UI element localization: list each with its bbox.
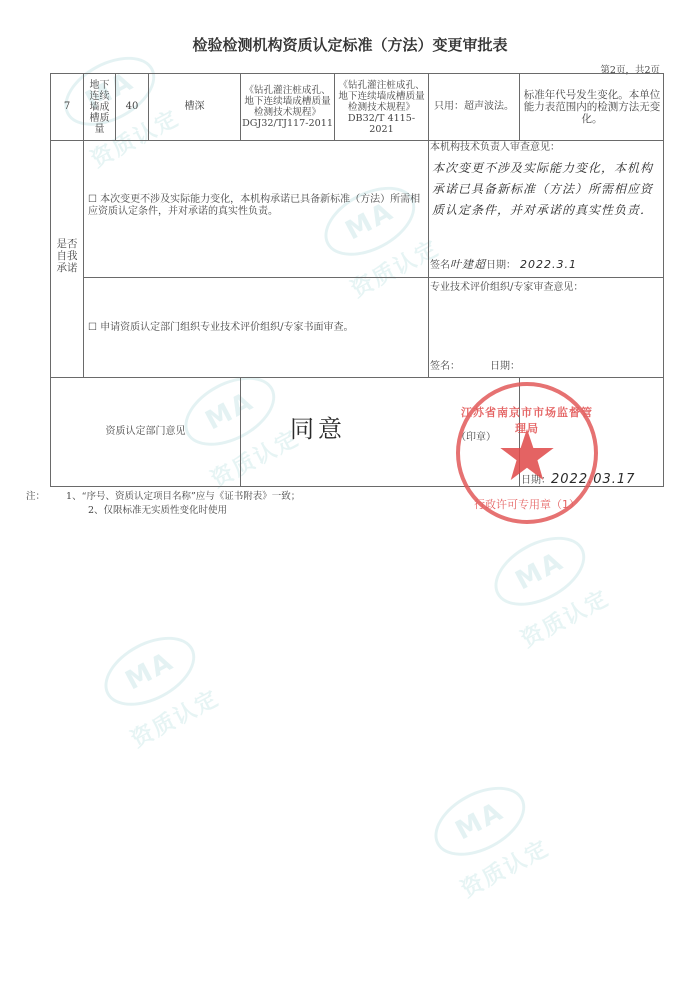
date-label: 日期： xyxy=(486,260,516,271)
seq-cell: 7 xyxy=(51,74,83,140)
tech-lead-signature: 叶建超 xyxy=(450,258,486,271)
official-seal: 江苏省南京市市场监督管理局 行政许可专用章（1） xyxy=(456,382,598,524)
row-divider xyxy=(50,140,664,141)
row-divider xyxy=(83,277,664,278)
self-commitment-label: 是否自我承诺 xyxy=(54,238,80,274)
sign-label: 签名 xyxy=(430,260,450,271)
tech-lead-date: 2022.3.1 xyxy=(520,258,577,271)
tech-lead-opinion-label: 本机构技术负责人审查意见： xyxy=(430,142,560,154)
checkbox-option-1[interactable]: ☐ xyxy=(88,194,100,205)
tech-lead-sign-row: 签名叶建超日期：2022.3.1 xyxy=(430,259,577,272)
table-border-right xyxy=(663,73,664,487)
expert-date-label: 日期： xyxy=(490,361,520,372)
department-opinion-label: 资质认定部门意见 xyxy=(51,378,240,486)
expert-sign-row: 签名：日期： xyxy=(430,361,520,373)
col-divider xyxy=(240,377,241,486)
param-name-cell: 槽深 xyxy=(149,74,240,140)
tech-lead-handwritten-opinion: 本次变更不涉及实际能力变化，本机构承诺已具备新标准（方法）所需相应资质认定条件，… xyxy=(432,158,660,221)
project-name-cell: 地下连续墙成槽质量 xyxy=(86,74,113,140)
watermark-ma: MA 资质认定 xyxy=(93,623,225,755)
new-standard-cell: 《钻孔灌注桩成孔、地下连续墙成槽质量检测技术规程》DB32/T 4115-202… xyxy=(336,74,427,140)
watermark-ma: MA 资质认定 xyxy=(423,773,555,905)
remark-cell: 标准年代号发生变化。本单位能力表范围内的检测方法无变化。 xyxy=(523,74,661,140)
note-line-2: 2、仅限标准无实质性变化时使用 xyxy=(26,504,300,518)
col-divider xyxy=(83,73,84,377)
note-prefix: 注： xyxy=(26,491,45,502)
col-divider xyxy=(240,73,241,140)
note-item: 2、仅限标准无实质性变化时使用 xyxy=(88,505,227,516)
watermark-ma: MA 资质认定 xyxy=(313,173,445,305)
expert-sign-label: 签名： xyxy=(430,361,460,372)
old-standard-cell: 《钻孔灌注桩成孔、地下连续墙成槽质量检测技术规程》DGJ32/TJ117-201… xyxy=(242,74,333,140)
checkbox-option-2[interactable]: ☐ xyxy=(88,322,100,333)
seal-subtext: 行政许可专用章（1） xyxy=(460,496,594,512)
watermark-ma: MA 资质认定 xyxy=(483,523,615,655)
expert-opinion-label: 专业技术评价组织/专家审查意见： xyxy=(430,282,583,294)
note-line-1: 注： 1、“序号、资质认定项目名称”应与《证书附表》一致； xyxy=(26,490,300,504)
star-icon xyxy=(498,426,556,484)
limitation-cell: 只用：超声波法。 xyxy=(431,74,517,140)
commitment-option-2[interactable]: ☐ 申请资质认定部门组织专业技术评价组织/专家书面审查。 xyxy=(88,322,424,334)
department-handwritten-opinion: 同意 xyxy=(290,424,346,436)
param-seq-cell: 40 xyxy=(116,74,148,140)
page-title: 检验检测机构资质认定标准（方法）变更审批表 xyxy=(0,34,700,55)
col-divider xyxy=(334,73,335,140)
col-divider xyxy=(519,73,520,140)
col-divider xyxy=(428,73,429,377)
note-item: 1、“序号、资质认定项目名称”应与《证书附表》一致； xyxy=(66,491,300,502)
commitment-option-1[interactable]: ☐ 本次变更不涉及实际能力变化，本机构承诺已具备新标准（方法）所需相应资质认定条… xyxy=(88,194,424,218)
footnotes: 注： 1、“序号、资质认定项目名称”应与《证书附表》一致； 2、仅限标准无实质性… xyxy=(26,490,300,518)
